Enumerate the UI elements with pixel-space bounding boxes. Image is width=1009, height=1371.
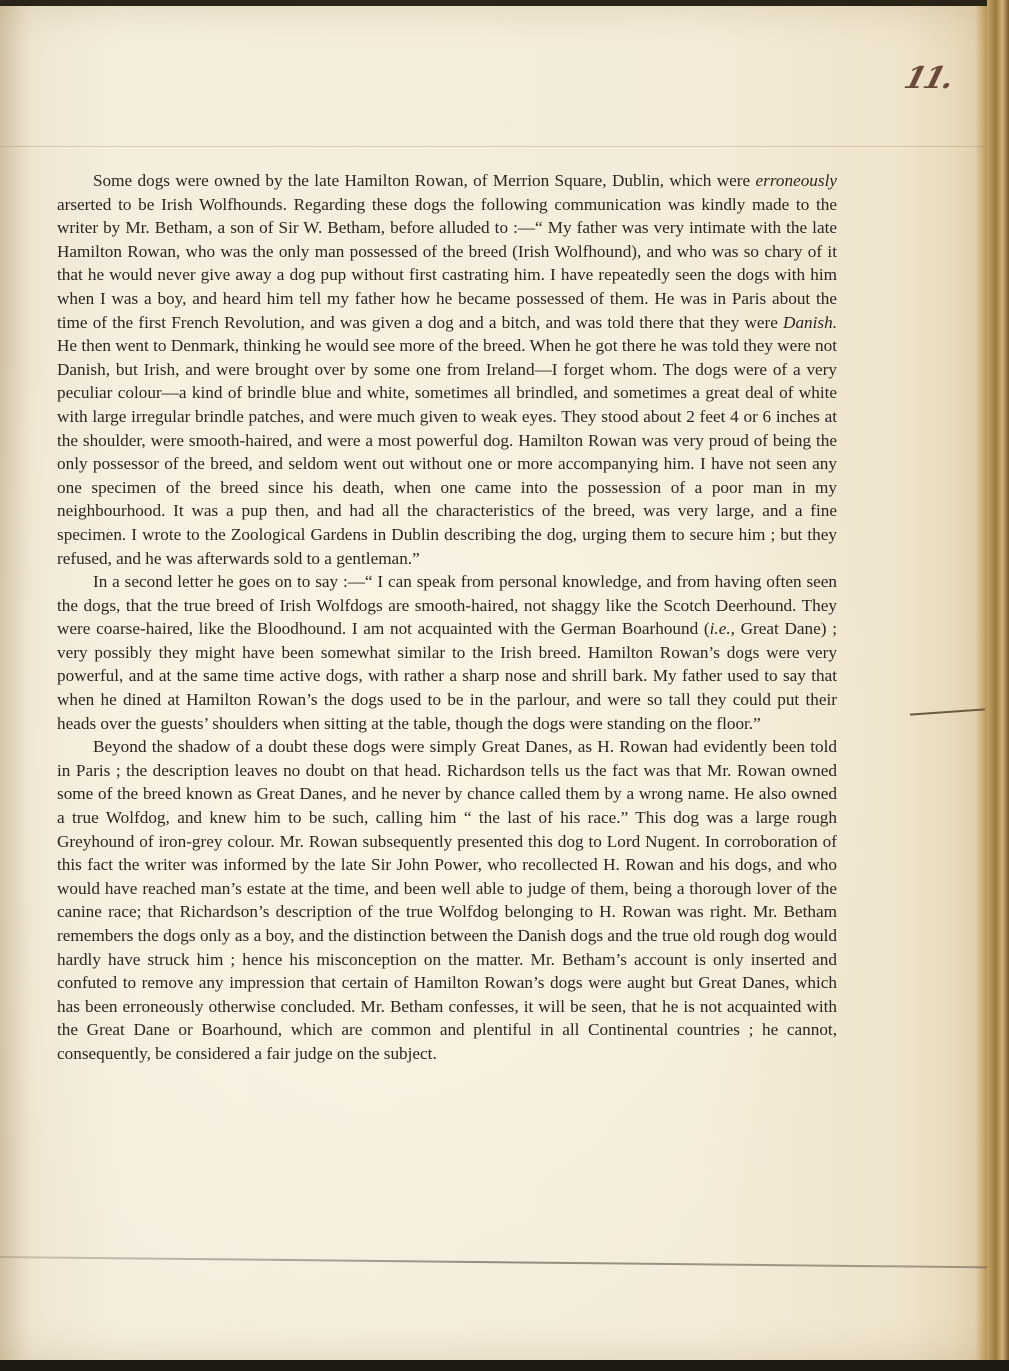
text-segment: Some dogs were owned by the late Hamilto… — [93, 171, 756, 190]
book-spine-edge — [987, 0, 1009, 1371]
scan-border — [0, 1360, 1009, 1371]
paragraph-2: In a second letter he goes on to say :—“… — [57, 570, 837, 735]
text-segment: arserted to be Irish Wolfhounds. Regardi… — [57, 195, 837, 332]
text-segment: He then went to Denmark, thinking he wou… — [57, 336, 837, 567]
italic-text-segment: Danish. — [783, 313, 837, 332]
page-fold-line — [0, 146, 990, 147]
text-segment: Beyond the shadow of a doubt these dogs … — [57, 737, 837, 1063]
page-number: 11. — [900, 61, 956, 96]
body-text: Some dogs were owned by the late Hamilto… — [57, 169, 837, 1066]
italic-text-segment: i.e., — [710, 619, 735, 638]
book-page: 11. Some dogs were owned by the late Ham… — [0, 6, 990, 1361]
paragraph-3: Beyond the shadow of a doubt these dogs … — [57, 735, 837, 1065]
paragraph-1: Some dogs were owned by the late Hamilto… — [57, 169, 837, 570]
paper-tear — [910, 708, 985, 715]
italic-text-segment: erroneously — [756, 171, 837, 190]
page-fold-line-bottom — [0, 1256, 990, 1268]
